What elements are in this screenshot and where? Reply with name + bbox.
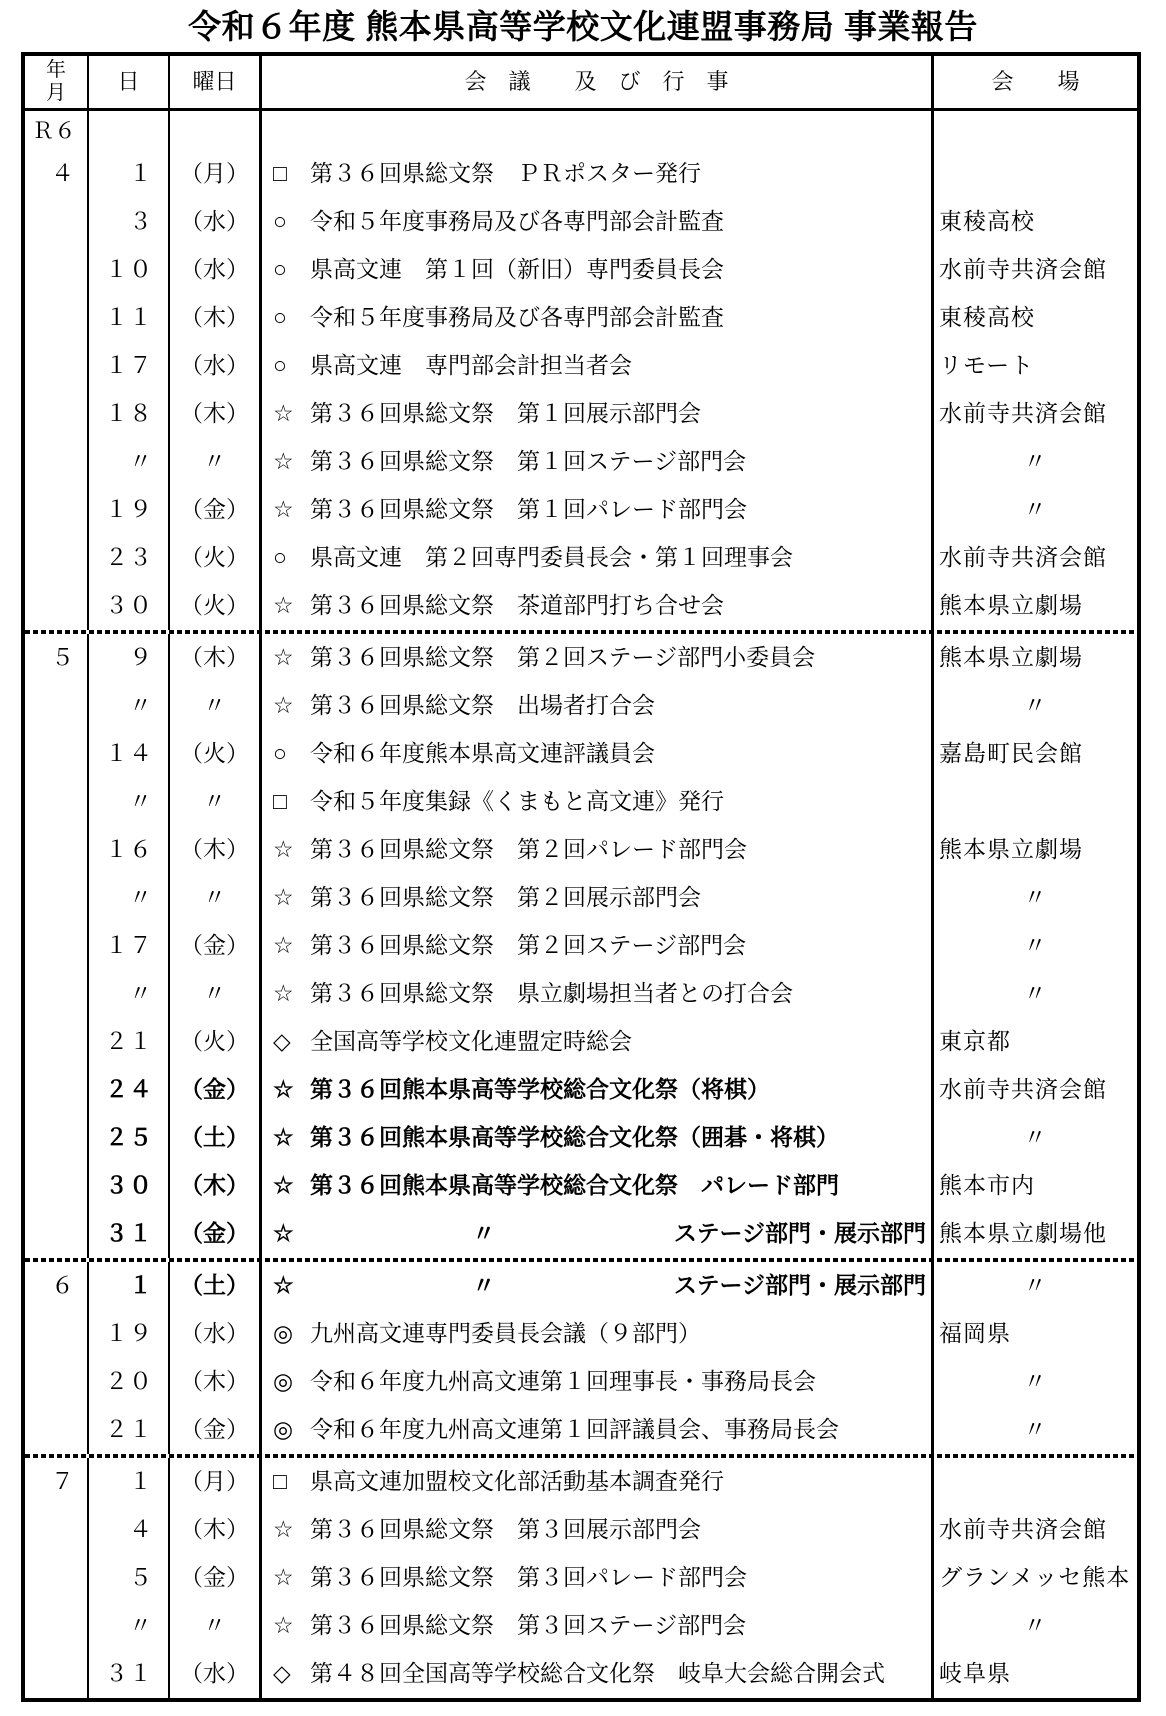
venue-cell: 熊本県立劇場: [931, 582, 1137, 630]
table-row: ４（木）☆第３６回県総文祭 第３回展示部門会水前寺共済会館: [25, 1506, 1137, 1554]
document-page: 令和６年度 熊本県高等学校文化連盟事務局 事業報告 年 月 日 曜日 会 議 及…: [0, 0, 1166, 1716]
event-text: 第３６回県総文祭 第２回ステージ部門会: [310, 933, 746, 958]
event-symbol: ☆: [273, 1262, 294, 1310]
year-month-cell: [25, 874, 87, 922]
event-text: 第３６回県総文祭 第３回ステージ部門会: [310, 1613, 746, 1638]
event-cell: ○県高文連 第２回専門委員長会・第１回理事会: [259, 534, 931, 582]
venue-cell: [931, 111, 1137, 150]
event-text: 第３６回熊本県高等学校総合文化祭 パレード部門: [310, 1173, 839, 1198]
event-symbol: ☆: [273, 922, 310, 970]
venue-cell: 〃: [931, 1406, 1137, 1454]
event-cell: ☆第３６回熊本県高等学校総合文化祭 パレード部門: [259, 1162, 931, 1210]
day-cell: １６: [87, 826, 168, 874]
event-cell: ☆第３６回県総文祭 第１回ステージ部門会: [259, 438, 931, 486]
year-month-cell: ６: [25, 1262, 87, 1310]
day-cell: [87, 111, 168, 150]
event-symbol: ☆: [273, 682, 310, 730]
weekday-cell: （水）: [168, 342, 259, 390]
venue-cell: [931, 1458, 1137, 1506]
table-header-row: 年 月 日 曜日 会 議 及 び 行 事 会 場: [25, 56, 1137, 111]
venue-cell: 熊本県立劇場他: [931, 1210, 1137, 1258]
event-cell: ◇第４８回全国高等学校総合文化祭 岐阜大会総合開会式: [259, 1650, 931, 1698]
event-cell: ☆第３６回県総文祭 第３回展示部門会: [259, 1506, 931, 1554]
day-cell: ２４: [87, 1066, 168, 1114]
event-text: 九州高文連専門委員長会議（９部門）: [310, 1321, 701, 1346]
event-cell: ☆第３６回県総文祭 第１回パレード部門会: [259, 486, 931, 534]
day-cell: ３０: [87, 582, 168, 630]
weekday-cell: 〃: [168, 970, 259, 1018]
weekday-cell: （水）: [168, 198, 259, 246]
day-cell: １: [87, 1262, 168, 1310]
venue-cell: 〃: [931, 874, 1137, 922]
weekday-cell: 〃: [168, 778, 259, 826]
event-text: 第３６回熊本県高等学校総合文化祭（囲碁・将棋）: [310, 1125, 839, 1150]
weekday-cell: （金）: [168, 1066, 259, 1114]
event-text: ステージ部門・展示部門: [674, 1262, 926, 1310]
event-symbol: ☆: [273, 1066, 310, 1114]
event-cell: [259, 111, 931, 150]
day-cell: ２３: [87, 534, 168, 582]
day-cell: ３０: [87, 1162, 168, 1210]
venue-cell: 東稜高校: [931, 294, 1137, 342]
table-row: ２５（土）☆第３６回熊本県高等学校総合文化祭（囲碁・将棋）〃: [25, 1114, 1137, 1162]
event-cell: ○県高文連 専門部会計担当者会: [259, 342, 931, 390]
venue-cell: 東稜高校: [931, 198, 1137, 246]
event-symbol: ○: [273, 534, 310, 582]
year-month-cell: [25, 246, 87, 294]
weekday-cell: （水）: [168, 1650, 259, 1698]
header-event: 会 議 及 び 行 事: [259, 56, 931, 108]
weekday-cell: （金）: [168, 1554, 259, 1602]
day-cell: １７: [87, 922, 168, 970]
year-month-cell: [25, 342, 87, 390]
event-cell: ☆第３６回県総文祭 出場者打合会: [259, 682, 931, 730]
event-text: 全国高等学校文化連盟定時総会: [310, 1029, 632, 1054]
event-symbol: ◎: [273, 1358, 310, 1406]
year-month-cell: [25, 1602, 87, 1650]
table-row: 〃〃☆第３６回県総文祭 第３回ステージ部門会〃: [25, 1602, 1137, 1650]
header-month-label: 月: [46, 82, 66, 105]
header-year-month: 年 月: [25, 56, 87, 108]
event-cell: ○令和５年度事務局及び各専門部会計監査: [259, 198, 931, 246]
schedule-table: 年 月 日 曜日 会 議 及 び 行 事 会 場 Ｒ６４１（月）□第３６回県総文…: [21, 52, 1141, 1702]
table-row: ２１（金）◎令和６年度九州高文連第１回評議員会、事務局長会〃: [25, 1406, 1137, 1454]
year-month-cell: ５: [25, 634, 87, 682]
year-month-cell: [25, 1358, 87, 1406]
day-cell: ３１: [87, 1210, 168, 1258]
era-label: Ｒ６: [25, 111, 87, 150]
event-cell: ○県高文連 第１回（新旧）専門委員長会: [259, 246, 931, 294]
weekday-cell: （木）: [168, 826, 259, 874]
day-cell: １: [87, 1458, 168, 1506]
event-cell: ☆第３６回県総文祭 第１回展示部門会: [259, 390, 931, 438]
table-row: １０（水）○県高文連 第１回（新旧）専門委員長会水前寺共済会館: [25, 246, 1137, 294]
page-title: 令和６年度 熊本県高等学校文化連盟事務局 事業報告: [0, 1, 1166, 48]
table-row: １７（金）☆第３６回県総文祭 第２回ステージ部門会〃: [25, 922, 1137, 970]
event-text: 第３６回県総文祭 第３回パレード部門会: [310, 1565, 747, 1590]
event-symbol: ☆: [273, 1554, 310, 1602]
event-text: 第３６回県総文祭 出場者打合会: [310, 693, 655, 718]
year-month-cell: [25, 534, 87, 582]
table-row: ７１（月）□県高文連加盟校文化部活動基本調査発行: [25, 1458, 1137, 1506]
table-row: １８（木）☆第３６回県総文祭 第１回展示部門会水前寺共済会館: [25, 390, 1137, 438]
event-cell: ☆第３６回県総文祭 第３回パレード部門会: [259, 1554, 931, 1602]
event-text: ステージ部門・展示部門: [674, 1210, 926, 1258]
event-text: 第３６回熊本県高等学校総合文化祭（将棋）: [310, 1077, 770, 1102]
day-cell: 〃: [87, 1602, 168, 1650]
venue-cell: 熊本県立劇場: [931, 634, 1137, 682]
event-symbol: □: [273, 778, 310, 826]
event-text: 令和６年度熊本県高文連評議員会: [310, 741, 655, 766]
weekday-cell: （月）: [168, 1458, 259, 1506]
event-symbol: ☆: [273, 970, 310, 1018]
weekday-cell: （火）: [168, 730, 259, 778]
year-month-cell: [25, 682, 87, 730]
event-ditto-mark: 〃: [472, 1262, 495, 1310]
event-text: 第３６回県総文祭 第１回展示部門会: [310, 401, 701, 426]
event-cell: ☆第３６回県総文祭 県立劇場担当者との打合会: [259, 970, 931, 1018]
weekday-cell: （木）: [168, 1162, 259, 1210]
event-symbol: □: [273, 150, 310, 198]
table-row: ６１（土）☆〃ステージ部門・展示部門〃: [25, 1262, 1137, 1310]
day-cell: ４: [87, 1506, 168, 1554]
day-cell: １９: [87, 486, 168, 534]
year-month-cell: [25, 1162, 87, 1210]
event-text: 第３６回県総文祭 県立劇場担当者との打合会: [310, 981, 793, 1006]
year-month-cell: [25, 198, 87, 246]
table-row: ２３（火）○県高文連 第２回専門委員長会・第１回理事会水前寺共済会館: [25, 534, 1137, 582]
event-symbol: ○: [273, 342, 310, 390]
event-text: 令和６年度九州高文連第１回評議員会、事務局長会: [310, 1417, 839, 1442]
event-text: 県高文連加盟校文化部活動基本調査発行: [310, 1469, 724, 1494]
event-symbol: ☆: [273, 486, 310, 534]
event-cell: ☆第３６回県総文祭 第３回ステージ部門会: [259, 1602, 931, 1650]
table-row: 〃〃☆第３６回県総文祭 県立劇場担当者との打合会〃: [25, 970, 1137, 1018]
table-row: 〃〃☆第３６回県総文祭 第１回ステージ部門会〃: [25, 438, 1137, 486]
venue-cell: リモート: [931, 342, 1137, 390]
weekday-cell: （火）: [168, 534, 259, 582]
year-month-cell: [25, 1406, 87, 1454]
header-venue: 会 場: [931, 56, 1137, 108]
table-row: １４（火）○令和６年度熊本県高文連評議員会嘉島町民会館: [25, 730, 1137, 778]
event-cell: ☆〃ステージ部門・展示部門: [259, 1210, 931, 1258]
year-month-cell: [25, 1114, 87, 1162]
header-year-label: 年: [46, 59, 66, 82]
event-text: 県高文連 第１回（新旧）専門委員長会: [310, 257, 724, 282]
year-month-cell: ４: [25, 150, 87, 198]
event-cell: ☆第３６回県総文祭 第２回ステージ部門会: [259, 922, 931, 970]
event-text: 第３６回県総文祭 第１回パレード部門会: [310, 497, 747, 522]
venue-cell: 〃: [931, 922, 1137, 970]
day-cell: ２５: [87, 1114, 168, 1162]
weekday-cell: （火）: [168, 582, 259, 630]
day-cell: １８: [87, 390, 168, 438]
venue-cell: 〃: [931, 486, 1137, 534]
day-cell: １７: [87, 342, 168, 390]
event-text: 県高文連 第２回専門委員長会・第１回理事会: [310, 545, 793, 570]
day-cell: ５: [87, 1554, 168, 1602]
event-text: 県高文連 専門部会計担当者会: [310, 353, 632, 378]
year-month-cell: [25, 1018, 87, 1066]
table-row: １１（木）○令和５年度事務局及び各専門部会計監査東稜高校: [25, 294, 1137, 342]
event-text: 第３６回県総文祭 第２回パレード部門会: [310, 837, 747, 862]
event-symbol: ☆: [273, 1602, 310, 1650]
event-text: 第３６回県総文祭 第２回展示部門会: [310, 885, 701, 910]
event-cell: □第３６回県総文祭 ＰＲポスター発行: [259, 150, 931, 198]
day-cell: １１: [87, 294, 168, 342]
event-cell: ☆第３６回熊本県高等学校総合文化祭（将棋）: [259, 1066, 931, 1114]
venue-cell: 水前寺共済会館: [931, 390, 1137, 438]
year-month-cell: ７: [25, 1458, 87, 1506]
table-row: ３０（木）☆第３６回熊本県高等学校総合文化祭 パレード部門熊本市内: [25, 1162, 1137, 1210]
weekday-cell: 〃: [168, 682, 259, 730]
table-row: ３１（水）◇第４８回全国高等学校総合文化祭 岐阜大会総合開会式岐阜県: [25, 1650, 1137, 1698]
table-row: ２１（火）◇全国高等学校文化連盟定時総会東京都: [25, 1018, 1137, 1066]
table-row: ５９（木）☆第３６回県総文祭 第２回ステージ部門小委員会熊本県立劇場: [25, 634, 1137, 682]
venue-cell: 〃: [931, 1114, 1137, 1162]
table-row: １９（水）◎九州高文連専門委員長会議（９部門）福岡県: [25, 1310, 1137, 1358]
event-text: 令和５年度集録《くまもと高文連》発行: [310, 789, 724, 814]
day-cell: 〃: [87, 970, 168, 1018]
event-symbol: ☆: [273, 826, 310, 874]
year-month-cell: [25, 1554, 87, 1602]
day-cell: ３: [87, 198, 168, 246]
weekday-cell: （木）: [168, 634, 259, 682]
event-cell: ☆第３６回県総文祭 第２回パレード部門会: [259, 826, 931, 874]
table-row: ３（水）○令和５年度事務局及び各専門部会計監査東稜高校: [25, 198, 1137, 246]
weekday-cell: （金）: [168, 486, 259, 534]
event-symbol: ☆: [273, 1210, 294, 1258]
venue-cell: [931, 778, 1137, 826]
event-symbol: ◇: [273, 1018, 310, 1066]
event-cell: ◇全国高等学校文化連盟定時総会: [259, 1018, 931, 1066]
event-cell: ☆第３６回熊本県高等学校総合文化祭（囲碁・将棋）: [259, 1114, 931, 1162]
year-month-cell: [25, 970, 87, 1018]
table-row: ２４（金）☆第３６回熊本県高等学校総合文化祭（将棋）水前寺共済会館: [25, 1066, 1137, 1114]
event-cell: ◎令和６年度九州高文連第１回評議員会、事務局長会: [259, 1406, 931, 1454]
weekday-cell: （水）: [168, 1310, 259, 1358]
day-cell: ９: [87, 634, 168, 682]
event-symbol: ☆: [273, 582, 310, 630]
weekday-cell: （木）: [168, 294, 259, 342]
weekday-cell: （土）: [168, 1114, 259, 1162]
table-row: ３１（金）☆〃ステージ部門・展示部門熊本県立劇場他: [25, 1210, 1137, 1258]
year-month-cell: [25, 582, 87, 630]
venue-cell: 〃: [931, 1262, 1137, 1310]
weekday-cell: （木）: [168, 1506, 259, 1554]
table-row: ２０（木）◎令和６年度九州高文連第１回理事長・事務局長会〃: [25, 1358, 1137, 1406]
year-month-cell: [25, 1650, 87, 1698]
event-symbol: ○: [273, 294, 310, 342]
event-symbol: ○: [273, 198, 310, 246]
weekday-cell: （金）: [168, 1210, 259, 1258]
event-text: 第３６回県総文祭 第１回ステージ部門会: [310, 449, 746, 474]
venue-cell: 水前寺共済会館: [931, 1066, 1137, 1114]
venue-cell: 熊本県立劇場: [931, 826, 1137, 874]
event-symbol: ☆: [273, 1506, 310, 1554]
venue-cell: [931, 150, 1137, 198]
table-row: ５（金）☆第３６回県総文祭 第３回パレード部門会グランメッセ熊本: [25, 1554, 1137, 1602]
year-month-cell: [25, 922, 87, 970]
event-symbol: ◎: [273, 1406, 310, 1454]
era-row: Ｒ６: [25, 111, 1137, 150]
year-month-cell: [25, 390, 87, 438]
table-row: １９（金）☆第３６回県総文祭 第１回パレード部門会〃: [25, 486, 1137, 534]
venue-cell: 熊本市内: [931, 1162, 1137, 1210]
venue-cell: 水前寺共済会館: [931, 534, 1137, 582]
event-ditto-mark: 〃: [472, 1210, 495, 1258]
event-symbol: ○: [273, 246, 310, 294]
day-cell: 〃: [87, 778, 168, 826]
weekday-cell: （金）: [168, 1406, 259, 1454]
venue-cell: 水前寺共済会館: [931, 246, 1137, 294]
year-month-cell: [25, 778, 87, 826]
year-month-cell: [25, 486, 87, 534]
event-text: 第３６回県総文祭 茶道部門打ち合せ会: [310, 593, 724, 618]
event-cell: □県高文連加盟校文化部活動基本調査発行: [259, 1458, 931, 1506]
year-month-cell: [25, 826, 87, 874]
event-cell: ☆第３６回県総文祭 茶道部門打ち合せ会: [259, 582, 931, 630]
header-weekday: 曜日: [168, 56, 259, 108]
weekday-cell: （木）: [168, 390, 259, 438]
day-cell: １４: [87, 730, 168, 778]
event-cell: ◎九州高文連専門委員長会議（９部門）: [259, 1310, 931, 1358]
event-symbol: ☆: [273, 438, 310, 486]
event-cell: ◎令和６年度九州高文連第１回理事長・事務局長会: [259, 1358, 931, 1406]
weekday-cell: 〃: [168, 438, 259, 486]
event-symbol: ○: [273, 730, 310, 778]
year-month-cell: [25, 294, 87, 342]
weekday-cell: （金）: [168, 922, 259, 970]
weekday-cell: （水）: [168, 246, 259, 294]
weekday-cell: （火）: [168, 1018, 259, 1066]
venue-cell: 水前寺共済会館: [931, 1506, 1137, 1554]
weekday-cell: [168, 111, 259, 150]
table-row: １６（木）☆第３６回県総文祭 第２回パレード部門会熊本県立劇場: [25, 826, 1137, 874]
event-symbol: ◎: [273, 1310, 310, 1358]
day-cell: 〃: [87, 438, 168, 486]
venue-cell: 〃: [931, 970, 1137, 1018]
header-day: 日: [87, 56, 168, 108]
event-symbol: ☆: [273, 634, 310, 682]
event-cell: ☆〃ステージ部門・展示部門: [259, 1262, 931, 1310]
event-text: 令和６年度九州高文連第１回理事長・事務局長会: [310, 1369, 816, 1394]
venue-cell: グランメッセ熊本: [931, 1554, 1137, 1602]
year-month-cell: [25, 1310, 87, 1358]
event-symbol: ☆: [273, 874, 310, 922]
event-text: 令和５年度事務局及び各専門部会計監査: [310, 209, 724, 234]
event-symbol: ☆: [273, 1114, 310, 1162]
table-body: Ｒ６４１（月）□第３６回県総文祭 ＰＲポスター発行３（水）○令和５年度事務局及び…: [25, 111, 1137, 1698]
table-row: １７（水）○県高文連 専門部会計担当者会リモート: [25, 342, 1137, 390]
event-cell: ☆第３６回県総文祭 第２回ステージ部門小委員会: [259, 634, 931, 682]
table-row: ４１（月）□第３６回県総文祭 ＰＲポスター発行: [25, 150, 1137, 198]
event-cell: ☆第３６回県総文祭 第２回展示部門会: [259, 874, 931, 922]
event-cell: □令和５年度集録《くまもと高文連》発行: [259, 778, 931, 826]
venue-cell: 岐阜県: [931, 1650, 1137, 1698]
event-text: 令和５年度事務局及び各専門部会計監査: [310, 305, 724, 330]
event-cell: ○令和６年度熊本県高文連評議員会: [259, 730, 931, 778]
event-cell: ○令和５年度事務局及び各専門部会計監査: [259, 294, 931, 342]
event-text: 第３６回県総文祭 第２回ステージ部門小委員会: [310, 645, 815, 670]
venue-cell: 福岡県: [931, 1310, 1137, 1358]
table-row: 〃〃☆第３６回県総文祭 第２回展示部門会〃: [25, 874, 1137, 922]
year-month-cell: [25, 1210, 87, 1258]
event-symbol: □: [273, 1458, 310, 1506]
year-month-cell: [25, 438, 87, 486]
venue-cell: 〃: [931, 438, 1137, 486]
table-row: 〃〃□令和５年度集録《くまもと高文連》発行: [25, 778, 1137, 826]
weekday-cell: 〃: [168, 874, 259, 922]
day-cell: １: [87, 150, 168, 198]
event-text: 第４８回全国高等学校総合文化祭 岐阜大会総合開会式: [310, 1661, 885, 1686]
year-month-cell: [25, 730, 87, 778]
day-cell: １０: [87, 246, 168, 294]
event-text: 第３６回県総文祭 ＰＲポスター発行: [310, 161, 701, 186]
event-symbol: ☆: [273, 1162, 310, 1210]
venue-cell: 〃: [931, 682, 1137, 730]
day-cell: 〃: [87, 874, 168, 922]
table-row: ３０（火）☆第３６回県総文祭 茶道部門打ち合せ会熊本県立劇場: [25, 582, 1137, 630]
venue-cell: 〃: [931, 1602, 1137, 1650]
event-symbol: ◇: [273, 1650, 310, 1698]
day-cell: ２１: [87, 1018, 168, 1066]
day-cell: ３１: [87, 1650, 168, 1698]
weekday-cell: （木）: [168, 1358, 259, 1406]
venue-cell: 東京都: [931, 1018, 1137, 1066]
event-text: 第３６回県総文祭 第３回展示部門会: [310, 1517, 701, 1542]
year-month-cell: [25, 1066, 87, 1114]
venue-cell: 〃: [931, 1358, 1137, 1406]
year-month-cell: [25, 1506, 87, 1554]
venue-cell: 嘉島町民会館: [931, 730, 1137, 778]
weekday-cell: 〃: [168, 1602, 259, 1650]
event-symbol: ☆: [273, 390, 310, 438]
weekday-cell: （土）: [168, 1262, 259, 1310]
day-cell: 〃: [87, 682, 168, 730]
day-cell: ２１: [87, 1406, 168, 1454]
day-cell: １９: [87, 1310, 168, 1358]
table-row: 〃〃☆第３６回県総文祭 出場者打合会〃: [25, 682, 1137, 730]
weekday-cell: （月）: [168, 150, 259, 198]
day-cell: ２０: [87, 1358, 168, 1406]
